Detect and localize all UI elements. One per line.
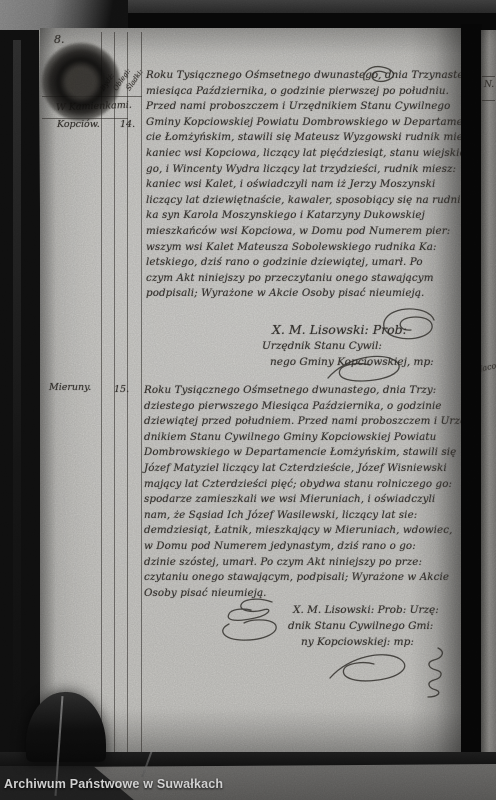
flourish-beehive-icon (212, 596, 284, 644)
margin-village-entry-15: Mieruny. (49, 382, 91, 393)
adjacent-page-fragment: Jacob. (481, 360, 496, 374)
margin-grid-vline (141, 32, 142, 753)
signature-line: Urzędnik Stanu Cywil: (262, 340, 382, 352)
signature-line: ny Kopciowskiej: mp: (301, 636, 414, 648)
archive-photo: 8. Bydź: Oblegi: Śladki: W Kamienkami. K… (0, 0, 496, 800)
adjacent-page-header: N. (484, 80, 494, 90)
book-gutter-shadow (461, 24, 482, 766)
ink-stamp (42, 43, 120, 121)
flourish-underloop-icon (326, 352, 408, 384)
flourish-squiggle-icon (424, 646, 450, 700)
margin-grid-vline (101, 32, 102, 753)
book-page: 8. Bydź: Oblegi: Śladki: W Kamienkami. K… (40, 28, 462, 755)
record-entry-15-text: Roku Tysiącznego Ośmsetnego dwunastego, … (144, 383, 454, 601)
adjacent-page-edge: N. Jacob. (481, 30, 496, 764)
adjacent-page-rule (482, 100, 495, 101)
signature-line: X. M. Lisowski: Prob: Urzę: (293, 604, 439, 616)
signature-line: dnik Stanu Cywilnego Gmi: (288, 620, 433, 632)
adjacent-page-rule (482, 76, 495, 77)
page-number: 8. (54, 33, 65, 46)
archive-caption: Archiwum Państwowe w Suwałkach (4, 777, 223, 791)
record-entry-14-text: Roku Tysiącznego Ośmsetnego dwunastego, … (146, 68, 454, 302)
margin-number-entry-15: 15. (114, 384, 129, 395)
margin-number-entry-14: 14. (120, 119, 135, 130)
book-spine-highlight (13, 40, 21, 740)
flourish-underloop-icon (328, 650, 414, 684)
flourish-spiral-icon (378, 306, 438, 348)
